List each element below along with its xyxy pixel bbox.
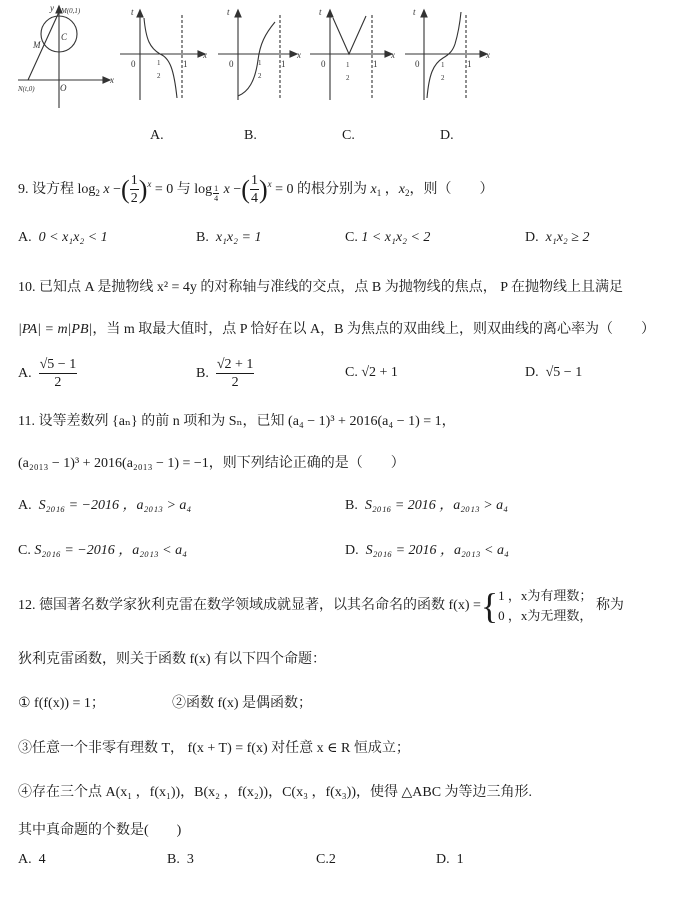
svg-text:t: t bbox=[227, 7, 230, 17]
q10-option-a[interactable]: A. √5 − 12 bbox=[18, 358, 77, 390]
figure-option-a[interactable]: A. bbox=[150, 128, 164, 144]
svg-text:2: 2 bbox=[157, 72, 161, 80]
q9-option-b[interactable]: B. x₁x₂ = 1 bbox=[196, 230, 261, 246]
q11-stem-line2: (a₂₀₁₃ − 1)³ + 2016(a₂₀₁₃ − 1) = −1，则下列结… bbox=[18, 452, 405, 472]
svg-text:2: 2 bbox=[441, 74, 445, 82]
svg-text:N(t,0): N(t,0) bbox=[17, 85, 35, 93]
q12-proposition-2: ②函数 f(x) 是偶函数； bbox=[172, 692, 312, 712]
svg-text:x: x bbox=[390, 50, 395, 60]
q12-stem-line2: 狄利克雷函数，则关于函数 f(x) 有以下四个命题： bbox=[18, 648, 326, 668]
q11-option-d[interactable]: D. S₂₀₁₆ = 2016 ，a₂₀₁₃ < a₄ bbox=[345, 539, 509, 559]
q12-proposition-1: ① f(f(x)) = 1； bbox=[18, 692, 105, 712]
svg-text:x: x bbox=[109, 75, 114, 85]
svg-text:x: x bbox=[202, 50, 207, 60]
q9-option-c[interactable]: C. 1 < x₁x₂ < 2 bbox=[345, 230, 430, 246]
q10-option-d[interactable]: D. √5 − 1 bbox=[525, 365, 582, 381]
graph-c bbox=[310, 10, 392, 100]
svg-text:t: t bbox=[319, 7, 322, 17]
q11-option-a[interactable]: A. S₂₀₁₆ = −2016 ，a₂₀₁₃ > a₄ bbox=[18, 494, 191, 514]
svg-text:1: 1 bbox=[373, 59, 378, 69]
svg-text:1: 1 bbox=[258, 59, 262, 67]
svg-text:2: 2 bbox=[346, 74, 350, 82]
q12-proposition-4: ④存在三个点 A(x₁ ，f(x₁))，B(x₂ ，f(x₂))，C(x₃ ，f… bbox=[18, 781, 532, 801]
figure-strip: y M(0,1) C M N(t,0) O x t x 0 1 2 1 t x … bbox=[0, 0, 500, 110]
q12-option-a[interactable]: A. 4 bbox=[18, 852, 46, 868]
q10-stem-line1: 10. 已知点 A 是抛物线 x² = 4y 的对称轴与准线的交点，点 B 为抛… bbox=[18, 276, 623, 296]
svg-text:M: M bbox=[32, 40, 41, 50]
svg-text:C: C bbox=[61, 32, 68, 42]
svg-text:M(0,1): M(0,1) bbox=[60, 7, 81, 15]
svg-text:x: x bbox=[485, 50, 490, 60]
svg-text:0: 0 bbox=[229, 59, 234, 69]
svg-text:1: 1 bbox=[281, 59, 286, 69]
q11-option-b[interactable]: B. S₂₀₁₆ = 2016 ，a₂₀₁₃ > a₄ bbox=[345, 494, 508, 514]
q12-option-d[interactable]: D. 1 bbox=[436, 852, 464, 868]
q11-option-c[interactable]: C. S₂₀₁₆ = −2016 ，a₂₀₁₃ < a₄ bbox=[18, 539, 187, 559]
q10-option-b[interactable]: B. √2 + 12 bbox=[196, 358, 254, 390]
q12-option-c[interactable]: C.2 bbox=[316, 852, 336, 868]
svg-text:t: t bbox=[131, 7, 134, 17]
svg-text:0: 0 bbox=[131, 59, 136, 69]
svg-text:O: O bbox=[60, 83, 67, 93]
q10-stem-line2: |PA| = m|PB|，当 m 取最大值时，点 P 恰好在以 A，B 为焦点的… bbox=[18, 318, 655, 338]
q12-question: 其中真命题的个数是( ) bbox=[18, 819, 181, 839]
svg-text:0: 0 bbox=[415, 59, 420, 69]
q12-stem-line1: 12. 德国著名数学家狄利克雷在数学领域成就显著，以其名命名的函数 f(x) =… bbox=[18, 586, 624, 626]
svg-text:1: 1 bbox=[183, 59, 188, 69]
q11-stem-line1: 11. 设等差数列 {aₙ} 的前 n 项和为 Sₙ，已知 (a₄ − 1)³ … bbox=[18, 410, 456, 430]
svg-text:1: 1 bbox=[467, 59, 472, 69]
figure-option-c[interactable]: C. bbox=[342, 128, 355, 144]
y-axis-label: y bbox=[49, 3, 54, 13]
q9-option-d[interactable]: D. x₁x₂ ≥ 2 bbox=[525, 230, 589, 246]
q9-option-a[interactable]: A. 0 < x₁x₂ < 1 bbox=[18, 230, 108, 246]
graph-b bbox=[218, 10, 297, 100]
svg-text:1: 1 bbox=[346, 61, 350, 69]
svg-text:1: 1 bbox=[441, 61, 445, 69]
graph-d bbox=[405, 10, 487, 100]
q10-option-c[interactable]: C. √2 + 1 bbox=[345, 365, 398, 381]
q9-stem: 9. 设方程 log2 x −(12)x = 0 与 log14 x −(14)… bbox=[18, 172, 493, 206]
q12-proposition-3: ③任意一个非零有理数 T， f(x + T) = f(x) 对任意 x ∈ R … bbox=[18, 737, 410, 757]
svg-text:x: x bbox=[296, 50, 301, 60]
svg-text:t: t bbox=[413, 7, 416, 17]
graph-a bbox=[120, 10, 205, 100]
svg-text:1: 1 bbox=[157, 59, 161, 67]
svg-text:2: 2 bbox=[258, 72, 262, 80]
q12-option-b[interactable]: B. 3 bbox=[167, 852, 194, 868]
figure-option-b[interactable]: B. bbox=[244, 128, 257, 144]
svg-text:0: 0 bbox=[321, 59, 326, 69]
figure-option-d[interactable]: D. bbox=[440, 128, 454, 144]
